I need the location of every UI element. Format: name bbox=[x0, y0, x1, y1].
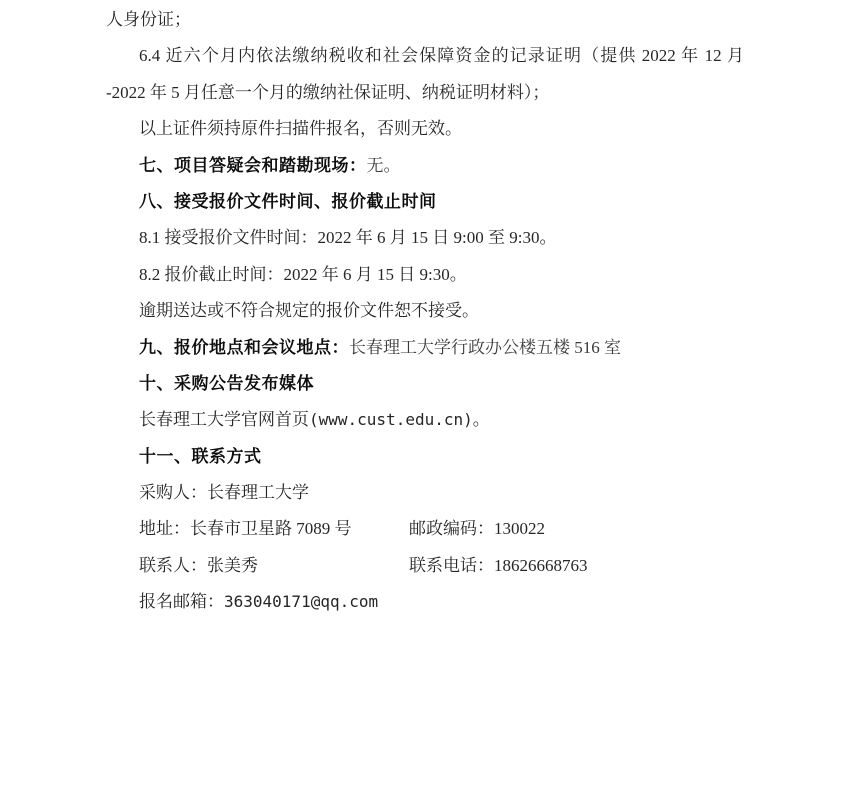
paragraph-contact-person-phone: 联系人：张美秀联系电话：18626668763 bbox=[106, 548, 744, 584]
document-page: 人身份证； 6.4 近六个月内依法缴纳税收和社会保障资金的记录证明（提供 202… bbox=[0, 0, 851, 800]
email-label: 报名邮箱： bbox=[139, 592, 224, 611]
paragraph-6-4-tax-record-line1: 6.4 近六个月内依法缴纳税收和社会保障资金的记录证明（提供 2022 年 12… bbox=[106, 38, 744, 74]
email-address: 363040171@qq.com bbox=[224, 592, 378, 611]
paragraph-8-2-deadline-time: 8.2 报价截止时间：2022 年 6 月 15 日 9:30。 bbox=[106, 257, 744, 293]
paragraph-official-website: 长春理工大学官网首页(www.cust.edu.cn)。 bbox=[106, 402, 744, 438]
contact-person-field: 联系人：张美秀 bbox=[139, 548, 409, 584]
paragraph-continuation-id-card: 人身份证； bbox=[106, 2, 744, 38]
section-7-heading-label: 七、项目答疑会和踏勘现场： bbox=[139, 156, 367, 175]
section-11-heading-contact: 十一、联系方式 bbox=[106, 439, 744, 475]
address-field: 地址：长春市卫星路 7089 号 bbox=[139, 511, 409, 547]
paragraph-address-postcode: 地址：长春市卫星路 7089 号邮政编码：130022 bbox=[106, 511, 744, 547]
document-body: 人身份证； 6.4 近六个月内依法缴纳税收和社会保障资金的记录证明（提供 202… bbox=[106, 2, 744, 621]
section-7-heading-value: 无。 bbox=[367, 156, 401, 175]
website-url: (www.cust.edu.cn) bbox=[309, 410, 473, 429]
paragraph-original-scan-note: 以上证件须持原件扫描件报名，否则无效。 bbox=[106, 111, 744, 147]
section-9-heading-label: 九、报价地点和会议地点： bbox=[139, 338, 349, 357]
section-10-heading-media: 十、采购公告发布媒体 bbox=[106, 366, 744, 402]
paragraph-8-1-acceptance-time: 8.1 接受报价文件时间：2022 年 6 月 15 日 9:00 至 9:30… bbox=[106, 220, 744, 256]
section-9-heading-value: 长春理工大学行政办公楼五楼 516 室 bbox=[349, 338, 621, 357]
postcode-field: 邮政编码：130022 bbox=[409, 511, 545, 547]
contact-phone-field: 联系电话：18626668763 bbox=[409, 548, 588, 584]
paragraph-registration-email: 报名邮箱：363040171@qq.com bbox=[106, 584, 744, 620]
section-9-heading-location: 九、报价地点和会议地点：长春理工大学行政办公楼五楼 516 室 bbox=[106, 330, 744, 366]
website-line-suffix: 。 bbox=[473, 410, 490, 429]
website-line-prefix: 长春理工大学官网首页 bbox=[139, 410, 309, 429]
paragraph-purchaser: 采购人：长春理工大学 bbox=[106, 475, 744, 511]
section-7-heading-site-survey: 七、项目答疑会和踏勘现场：无。 bbox=[106, 148, 744, 184]
paragraph-6-4-tax-record-line2: -2022 年 5 月任意一个月的缴纳社保证明、纳税证明材料）； bbox=[106, 75, 744, 111]
section-8-heading-deadline: 八、接受报价文件时间、报价截止时间 bbox=[106, 184, 744, 220]
paragraph-late-delivery-note: 逾期送达或不符合规定的报价文件恕不接受。 bbox=[106, 293, 744, 329]
